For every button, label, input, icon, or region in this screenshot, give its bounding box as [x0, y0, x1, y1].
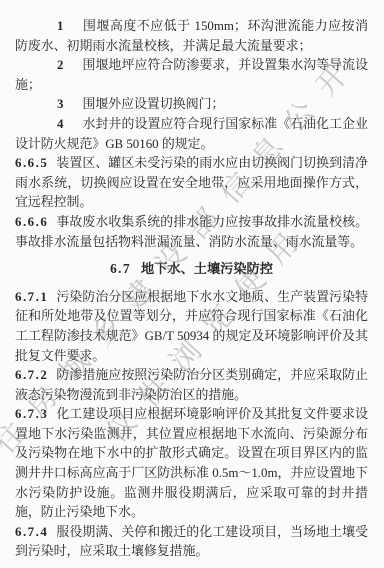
clause-paragraph: 6.7.1污染防治分区应根据地下水水文地质、生产装置污染特征和所处地带及位置等划…: [15, 288, 368, 366]
clause-text: 服役期满、关停和搬迁的化工建设项目，当场地土壤受到污染时，应采取土壤修复措施。: [15, 525, 368, 559]
clause-paragraph: 6.7.2防渗措施应按照污染防治分区类别确定，并应采取防止液态污染物漫流到非污染…: [15, 366, 368, 405]
list-item-text: 围堰地坪应符合防渗要求，并设置集水沟等导流设施；: [15, 58, 368, 92]
clause-number: 6.7.3: [15, 407, 48, 421]
list-item: 1围堰高度不应低于 150mm；环沟泄流能力应按消防废水、初期雨水流量校核，并满…: [15, 17, 368, 56]
list-item-number: 3: [57, 97, 63, 111]
clause-paragraph: 6.7.3化工建设项目应根据环境影响评价及其批复文件要求设置地下水污染监测井，其…: [15, 405, 368, 523]
clause-number: 6.7.2: [15, 368, 48, 382]
clause-number: 6.6.6: [15, 215, 48, 229]
clause-paragraph: 6.6.6事故废水收集系统的排水能力应按事故排水流量校核。事故排水流量包括物料泄…: [15, 213, 368, 252]
list-item-number: 2: [57, 58, 63, 72]
list-item-text: 围堰外应设置切换阀门；: [82, 97, 224, 111]
clause-text: 事故废水收集系统的排水能力应按事故排水流量校核。事故排水流量包括物料泄漏流量、消…: [15, 215, 368, 249]
list-item-text: 水封井的设置应符合现行国家标准《石油化工企业设计防火规范》GB 50160 的规…: [15, 117, 368, 151]
clause-text: 装置区、罐区未受污染的雨水应由切换阀门切换到清净雨水系统，切换阀应设置在安全地带…: [15, 156, 368, 209]
list-item: 3围堰外应设置切换阀门；: [15, 95, 368, 115]
list-item: 2围堰地坪应符合防渗要求，并设置集水沟等导流设施；: [15, 56, 368, 95]
section-heading-title: 地下水、土壤污染防控: [141, 261, 273, 276]
clause-text: 化工建设项目应根据环境影响评价及其批复文件要求设置地下水污染监测井，其位置应根据…: [15, 407, 368, 519]
clause-paragraph: 6.7.4服役期满、关停和搬迁的化工建设项目，当场地土壤受到污染时，应采取土壤修…: [15, 523, 368, 562]
list-item-text: 围堰高度不应低于 150mm；环沟泄流能力应按消防废水、初期雨水流量校核，并满足…: [15, 19, 368, 53]
list-item-number: 1: [57, 19, 63, 33]
clause-text: 污染防治分区应根据地下水水文地质、生产装置污染特征和所处地带及位置等划分，并应符…: [15, 290, 368, 363]
clause-number: 6.7.4: [15, 525, 48, 539]
list-item-number: 4: [57, 117, 63, 131]
document-content: 1围堰高度不应低于 150mm；环沟泄流能力应按消防废水、初期雨水流量校核，并满…: [15, 17, 368, 562]
clause-text: 防渗措施应按照污染防治分区类别确定，并应采取防止液态污染物漫流到非污染防治区的措…: [15, 368, 368, 402]
clause-paragraph: 6.6.5装置区、罐区未受污染的雨水应由切换阀门切换到清净雨水系统，切换阀应设置…: [15, 154, 368, 213]
section-heading-number: 6.7: [110, 261, 131, 276]
clause-number: 6.7.1: [15, 290, 48, 304]
document-page: 住房城乡建设部信息公开 仅供浏览使用 1围堰高度不应低于 150mm；环沟泄流能…: [0, 0, 384, 568]
section-heading: 6.7地下水、土壤污染防控: [15, 259, 368, 279]
list-item: 4水封井的设置应符合现行国家标准《石油化工企业设计防火规范》GB 50160 的…: [15, 115, 368, 154]
clause-number: 6.6.5: [15, 156, 48, 170]
